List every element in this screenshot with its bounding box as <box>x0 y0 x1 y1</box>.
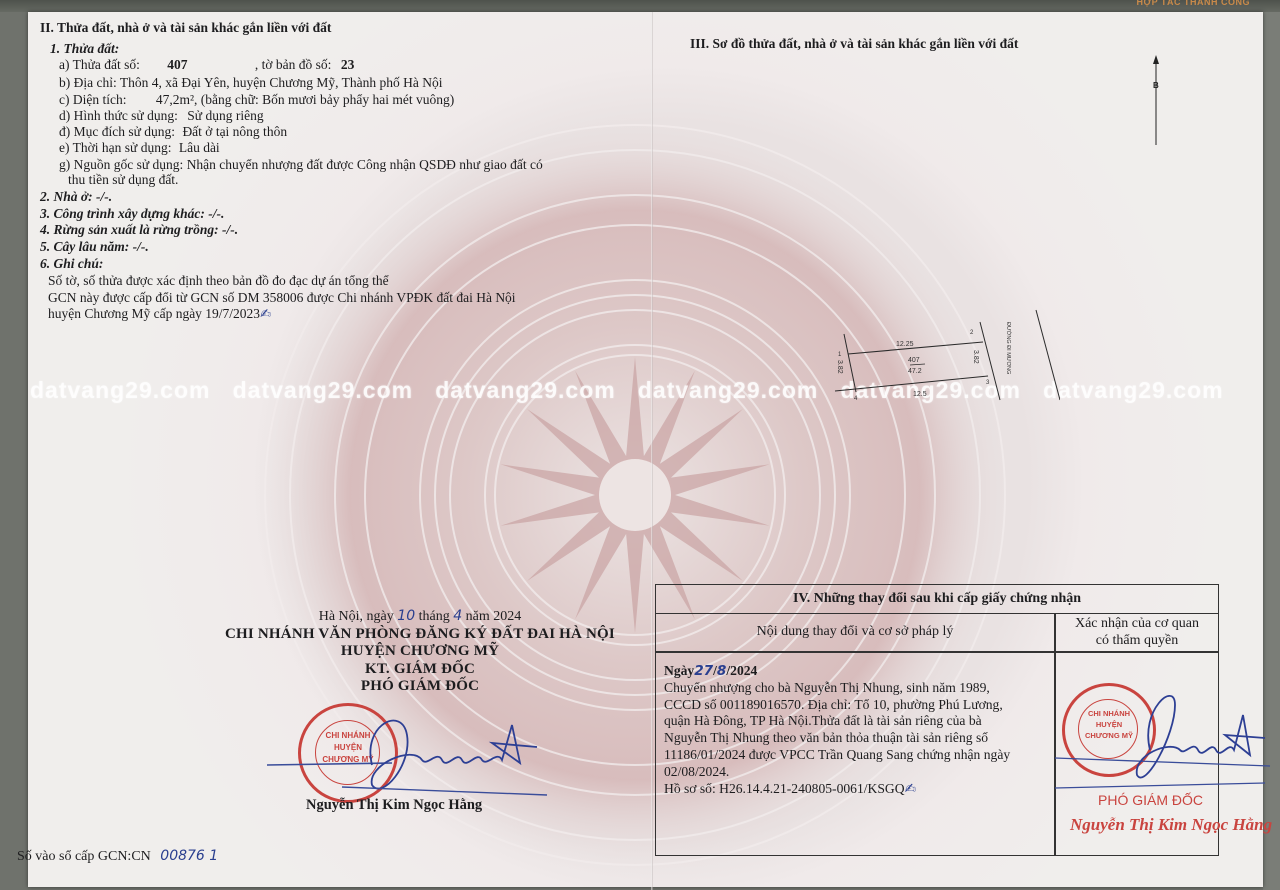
change-text-line6: 02/08/2024. <box>664 764 1048 781</box>
origin-value-line1: Nhận chuyển nhượng đất được Công nhận QS… <box>187 157 543 172</box>
watermark-text: datvang29.com datvang29.com datvang29.co… <box>30 377 1270 404</box>
issuing-org-line3: KT. GIÁM ĐỐC <box>180 660 660 678</box>
change-date-prefix: Ngày <box>664 663 694 678</box>
usage-form-label: d) Hình thức sử dụng: <box>59 108 178 123</box>
initials-mark-icon: ✍ <box>260 307 271 322</box>
col1-header: Nội dung thay đổi và cơ sở pháp lý <box>656 613 1054 651</box>
official-stamp-left: CHI NHÁNH HUYỆN CHƯƠNG MỸ <box>298 703 398 803</box>
stamp-line3: CHƯƠNG MỸ <box>301 754 395 766</box>
parcel-number: 407 <box>167 57 187 72</box>
initials-mark-icon: ✍ <box>905 781 916 797</box>
stamp-line1: CHI NHÁNH <box>301 730 395 742</box>
stamp-line3: CHƯƠNG MỸ <box>1065 730 1153 741</box>
page-fold <box>651 12 653 890</box>
notes-line3-text: huyện Chương Mỹ cấp ngày 19/7/2023 <box>48 306 260 321</box>
usage-form-value: Sử dụng riêng <box>187 108 263 123</box>
origin-value-line2: thu tiền sử dụng đất. <box>68 172 178 188</box>
notes-line1: Số tờ, số thửa được xác định theo bản đồ… <box>48 273 389 289</box>
col2-header-line1: Xác nhận của cơ quan <box>1056 615 1218 632</box>
map-sheet-number: 23 <box>341 57 355 72</box>
section-iii-title: III. Sơ đồ thửa đất, nhà ở và tài sản kh… <box>690 36 1018 52</box>
area-row: c) Diện tích: 47,2m², (bằng chữ: Bốn mươ… <box>59 92 454 108</box>
change-text-line5: 11186/01/2024 được VPCC Trần Quang Sang … <box>664 747 1048 764</box>
term-label: e) Thời hạn sử dụng: <box>59 140 171 155</box>
house-row: 2. Nhà ở: -/-. <box>40 189 112 205</box>
watermark-1: datvang29.com <box>30 377 210 403</box>
purpose-row: đ) Mục đích sử dụng: Đất ở tại nông thôn <box>59 124 287 140</box>
change-file-no: Hồ sơ số: H26.14.4.21-240805-0061/KSGQ✍ <box>664 781 1048 798</box>
issuing-org-line1: CHI NHÁNH VĂN PHÒNG ĐĂNG KÝ ĐẤT ĐAI HÀ N… <box>180 625 660 643</box>
watermark-5: datvang29.com <box>841 377 1021 403</box>
address-row: b) Địa chỉ: Thôn 4, xã Đại Yên, huyện Ch… <box>59 75 443 91</box>
official-stamp-right: CHI NHÁNH HUYỆN CHƯƠNG MỸ <box>1062 683 1156 777</box>
change-date: Ngày27/8/2024 <box>664 663 1048 680</box>
notes-line2: GCN này được cấp đổi từ GCN số DM 358006… <box>48 290 516 306</box>
change-date-year: /2024 <box>726 663 757 678</box>
watermark-6: datvang29.com <box>1043 377 1223 403</box>
background-top-band: HỢP TÁC THÀNH CÔNG <box>0 0 1280 12</box>
issuance-year: năm 2024 <box>466 609 522 624</box>
forest-row: 4. Rừng sản xuất là rừng trồng: -/-. <box>40 222 238 238</box>
watermark-4: datvang29.com <box>638 377 818 403</box>
other-construction-row: 3. Công trình xây dựng khác: -/-. <box>40 206 224 222</box>
stamp-line1: CHI NHÁNH <box>1065 708 1153 719</box>
brand-strip-text: HỢP TÁC THÀNH CÔNG <box>1136 0 1250 7</box>
watermark-2: datvang29.com <box>233 377 413 403</box>
header-divider <box>656 651 1218 653</box>
signer-name: Nguyễn Thị Kim Ngọc Hằng <box>306 797 482 813</box>
background-right-edge <box>1263 12 1280 890</box>
map-sheet-label: , tờ bản đồ số: <box>255 57 332 72</box>
area-value: 47,2m², (bằng chữ: Bốn mươi bảy phẩy hai… <box>156 92 454 107</box>
column-divider <box>1054 613 1056 855</box>
perennial-row: 5. Cây lâu năm: -/-. <box>40 239 149 255</box>
origin-label: g) Nguồn gốc sử dụng: <box>59 157 183 172</box>
registry-label: Số vào sổ cấp GCN:CN <box>17 849 151 864</box>
issuance-date: Hà Nội, ngày 10 tháng 4 năm 2024 <box>190 608 650 625</box>
change-date-day: 27 <box>694 663 713 679</box>
change-text-line1: Chuyển nhượng cho bà Nguyễn Thị Nhung, s… <box>664 680 1048 697</box>
issuance-date-prefix: Hà Nội, ngày <box>319 609 394 624</box>
land-plot-heading: 1. Thửa đất: <box>50 41 119 57</box>
stamp-line2: HUYỆN <box>301 742 395 754</box>
change-text-line3: quận Hà Đông, TP Hà Nội.Thửa đất là tài … <box>664 713 1048 730</box>
confirm-signer: Nguyễn Thị Kim Ngọc Hằng <box>1070 817 1272 833</box>
registry-number-row: Số vào sổ cấp GCN:CN 00876 1 <box>17 848 218 865</box>
term-row: e) Thời hạn sử dụng: Lâu dài <box>59 140 220 156</box>
issuance-month: 4 <box>453 608 462 624</box>
address-value: Thôn 4, xã Đại Yên, huyện Chương Mỹ, Thà… <box>120 75 443 90</box>
col2-header: Xác nhận của cơ quan có thẩm quyền <box>1056 615 1218 649</box>
parcel-row: a) Thửa đất số: 407 , tờ bản đồ số: 23 <box>59 57 354 73</box>
change-text-line2: CCCD số 001189016570. Địa chỉ: Tổ 10, ph… <box>664 697 1048 714</box>
notes-heading: 6. Ghi chú: <box>40 256 103 272</box>
area-label: c) Diện tích: <box>59 92 126 107</box>
origin-row: g) Nguồn gốc sử dụng: Nhận chuyển nhượng… <box>59 157 543 173</box>
issuing-org-line2: HUYỆN CHƯƠNG MỸ <box>180 642 660 660</box>
file-no-text: Hồ sơ số: H26.14.4.21-240805-0061/KSGQ <box>664 781 905 796</box>
notes-line3: huyện Chương Mỹ cấp ngày 19/7/2023✍ <box>48 306 271 323</box>
change-text-line4: Nguyễn Thị Nhung theo văn bản thỏa thuận… <box>664 730 1048 747</box>
section-iv-title: IV. Những thay đổi sau khi cấp giấy chứn… <box>656 585 1218 614</box>
issuance-month-label: tháng <box>419 609 450 624</box>
issuance-day: 10 <box>397 608 415 624</box>
address-label: b) Địa chỉ: <box>59 75 117 90</box>
term-value: Lâu dài <box>179 140 220 155</box>
purpose-value: Đất ở tại nông thôn <box>182 124 287 139</box>
col2-header-line2: có thẩm quyền <box>1056 632 1218 649</box>
change-entry: Ngày27/8/2024 Chuyển nhượng cho bà Nguyễ… <box>664 663 1048 797</box>
watermark-3: datvang29.com <box>435 377 615 403</box>
issuing-org-line4: PHÓ GIÁM ĐỐC <box>180 677 660 695</box>
stamp-line2: HUYỆN <box>1065 719 1153 730</box>
usage-form-row: d) Hình thức sử dụng: Sử dụng riêng <box>59 108 264 124</box>
purpose-label: đ) Mục đích sử dụng: <box>59 124 175 139</box>
registry-number: 00876 1 <box>160 848 218 864</box>
parcel-label: a) Thửa đất số: <box>59 57 140 72</box>
change-date-month: 8 <box>717 663 726 679</box>
section-ii-title: II. Thửa đất, nhà ở và tài sản khác gắn … <box>40 20 331 36</box>
confirm-title: PHÓ GIÁM ĐỐC <box>1098 792 1203 808</box>
